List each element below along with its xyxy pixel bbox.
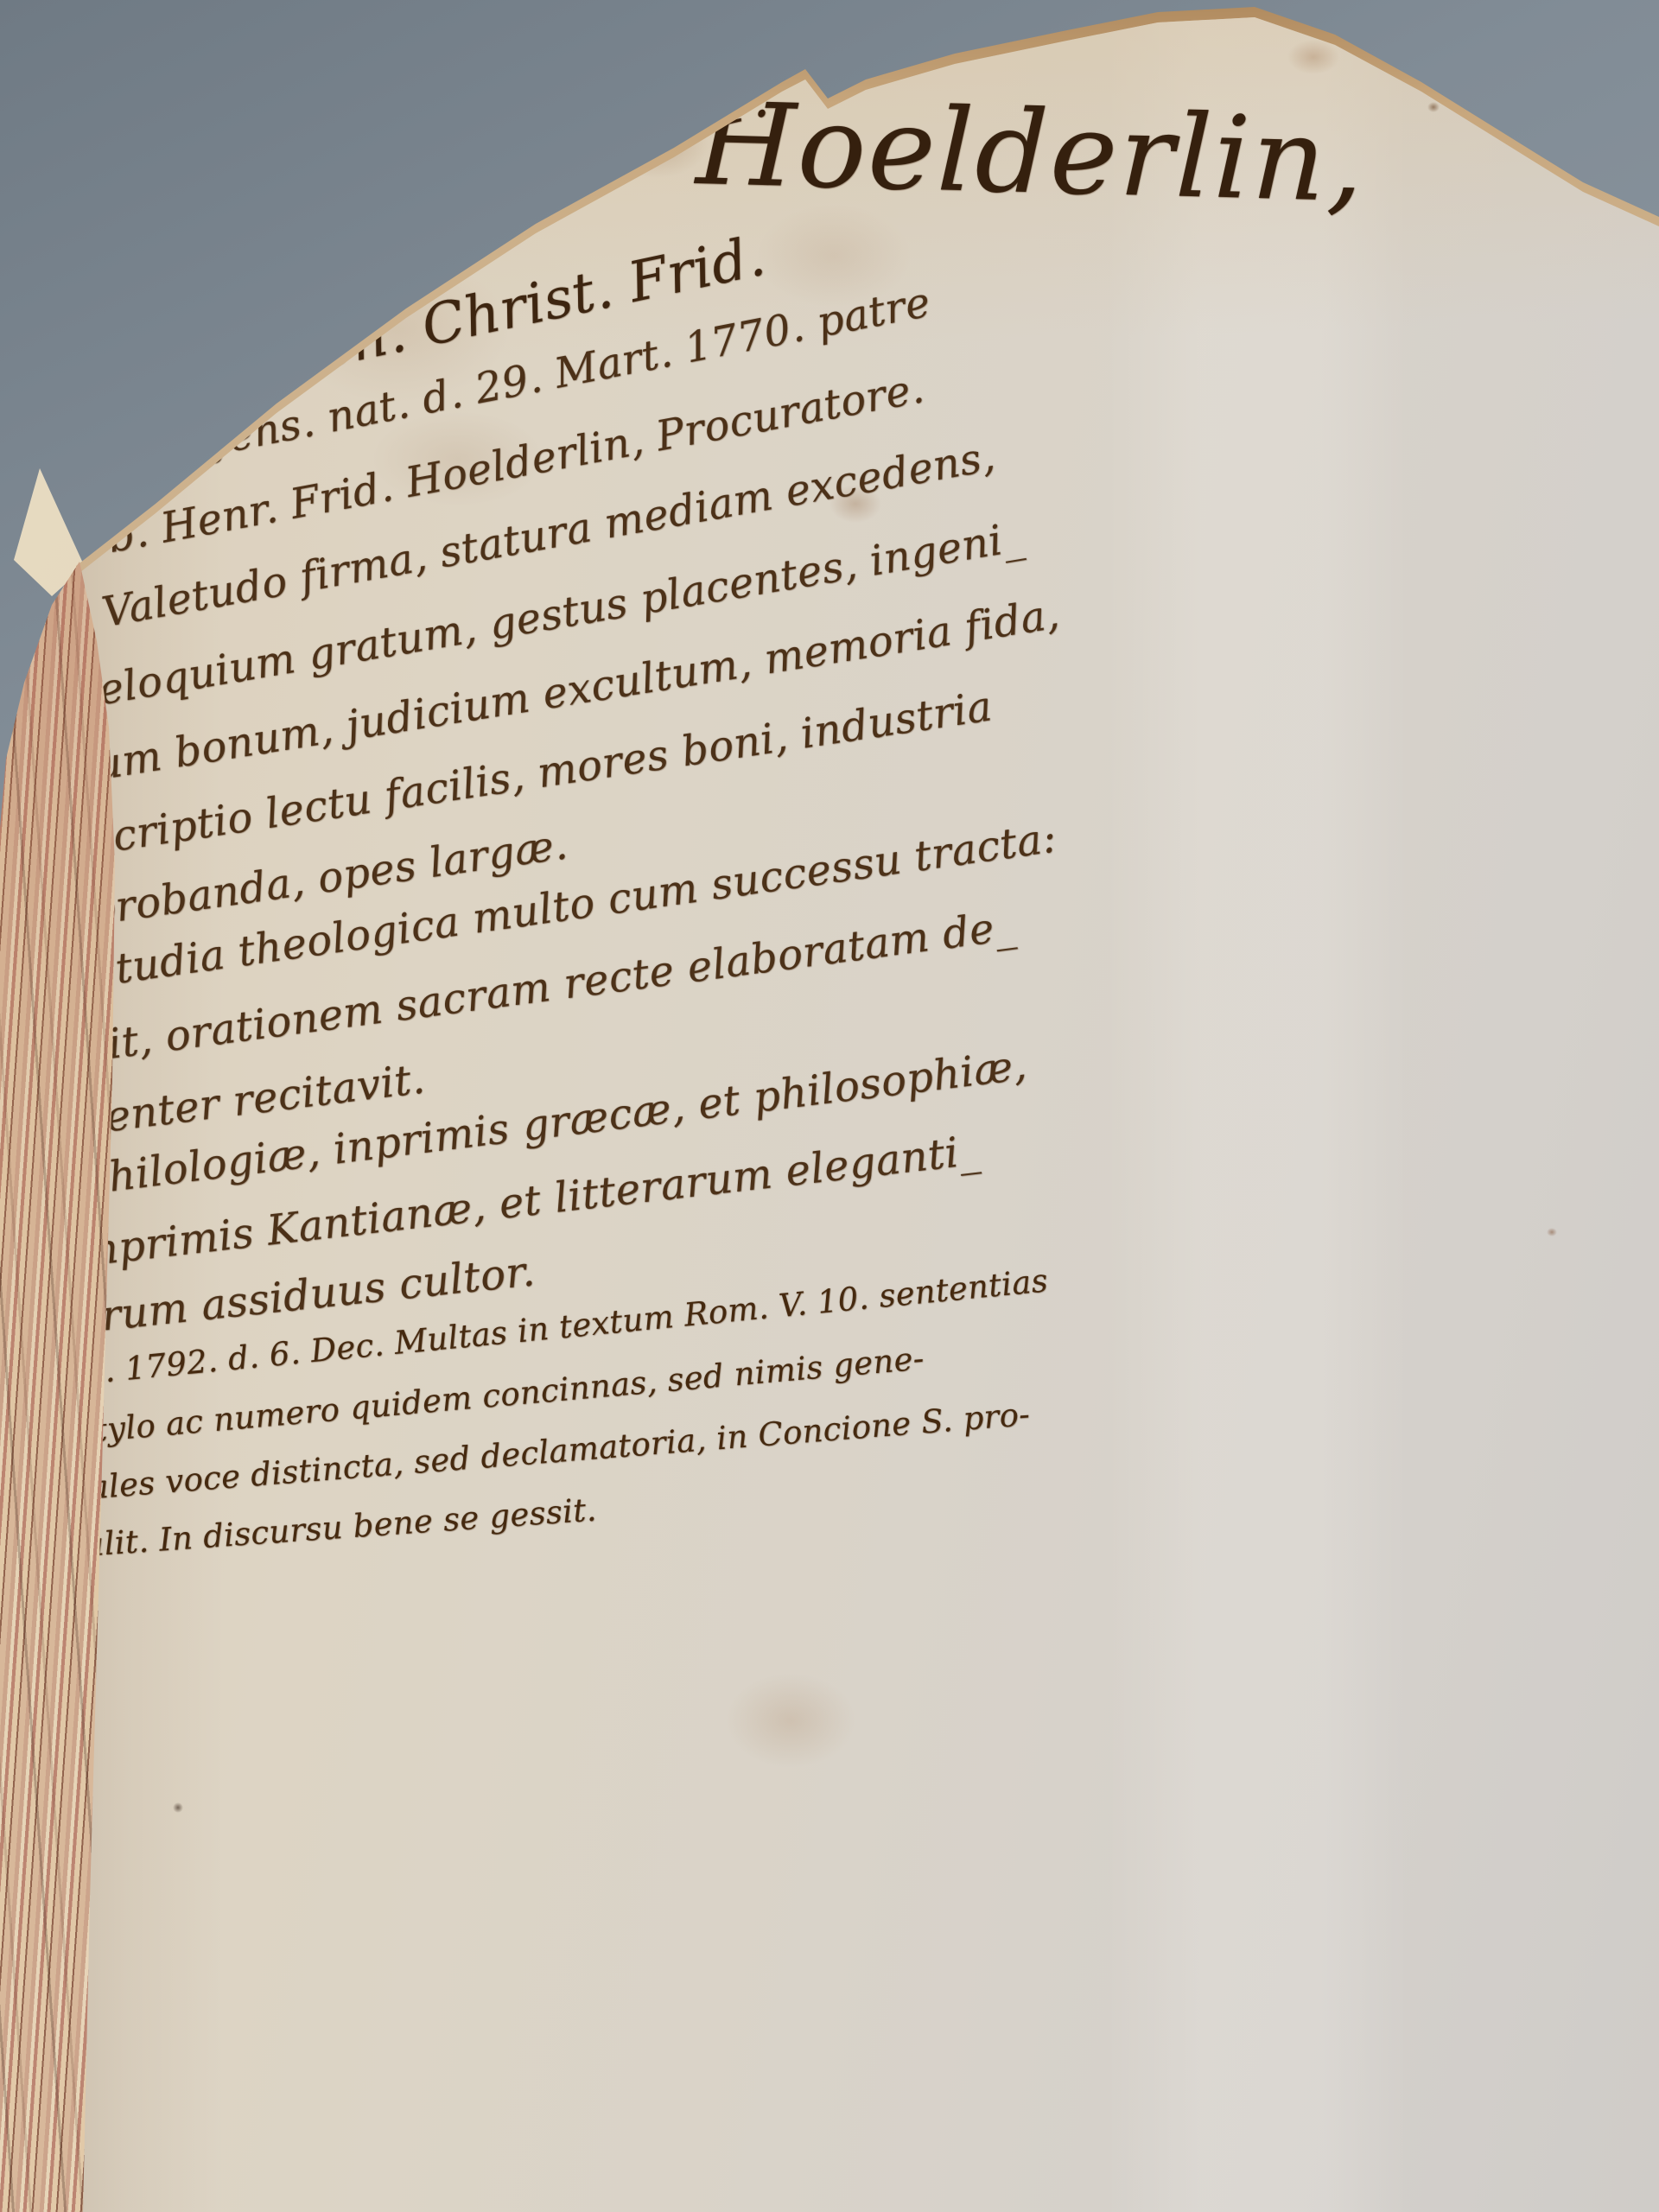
- photo-scene: 391. 1793. Claß. 1. 6. M. Joh. Christ. F…: [0, 0, 1659, 2212]
- paper-stain: [1287, 40, 1339, 74]
- paper-stain: [173, 1802, 183, 1813]
- surname-headline: Hoelderlin,: [695, 78, 1367, 228]
- paper-stain: [1427, 102, 1440, 112]
- paper-stain: [726, 1673, 855, 1768]
- paper-stain: [1547, 1228, 1557, 1236]
- note-line: tulit. In discursu bene se gessit.: [69, 1491, 598, 1564]
